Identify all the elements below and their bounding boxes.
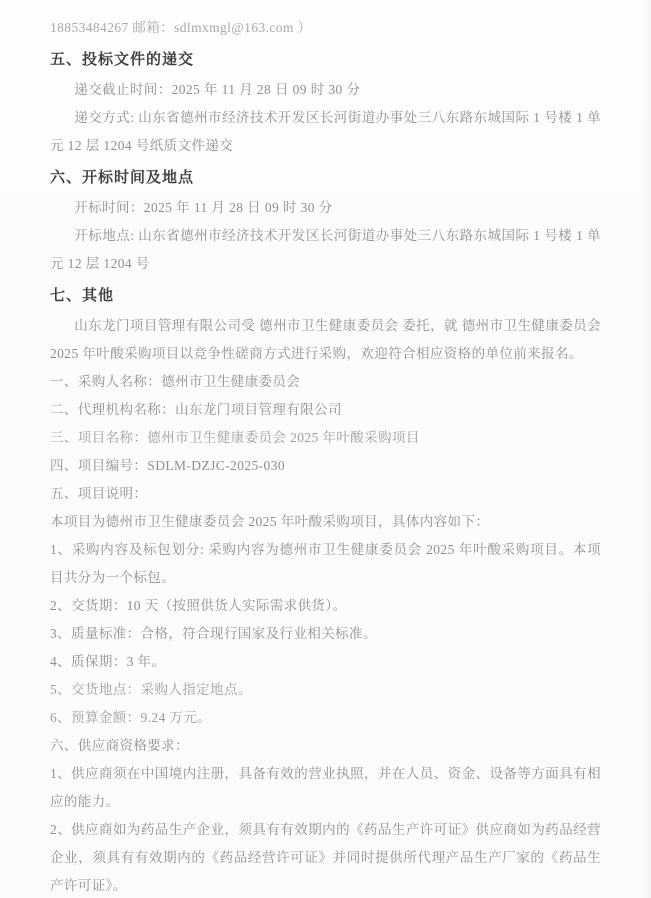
scanned-tender-document-page: 18853484267 邮箱：sdlmxmgl@163.com ） 五、投标文件… — [0, 0, 651, 898]
announcement-intro-paragraph: 山东龙门项目管理有限公司受 德州市卫生健康委员会 委托，就 德州市卫生健康委员会… — [50, 312, 601, 368]
desc-item-procurement-content: 1、采购内容及标包划分: 采购内容为德州市卫生健康委员会 2025 年叶酸采购项… — [50, 536, 601, 592]
supplier-qualification-heading-line: 六、供应商资格要求： — [50, 732, 601, 760]
bid-opening-place-paragraph: 开标地点: 山东省德州市经济技术开发区长河街道办事处三八东路东城国际 1 号楼 … — [50, 222, 601, 278]
desc-item-budget-amount: 6、预算金额：9.24 万元。 — [50, 704, 601, 732]
project-description-label-line: 五、项目说明： — [50, 480, 601, 508]
qualification-item-licenses: 2、供应商如为药品生产企业，须具有有效期内的《药品生产许可证》供应商如为药品经营… — [50, 816, 601, 898]
section-6-heading: 六、开标时间及地点 — [50, 164, 601, 192]
project-number-line: 四、项目编号：SDLM-DZJC-2025-030 — [50, 452, 601, 480]
bid-opening-time-line: 开标时间：2025 年 11 月 28 日 09 时 30 分 — [50, 194, 601, 222]
desc-item-quality-standard: 3、质量标准：合格，符合现行国家及行业相关标准。 — [50, 620, 601, 648]
project-name-line: 三、项目名称：德州市卫生健康委员会 2025 年叶酸采购项目 — [50, 424, 601, 452]
submission-method-paragraph: 递交方式: 山东省德州市经济技术开发区长河街道办事处三八东路东城国际 1 号楼 … — [50, 104, 601, 160]
agency-name-line: 二、代理机构名称：山东龙门项目管理有限公司 — [50, 396, 601, 424]
purchaser-name-line: 一、采购人名称：德州市卫生健康委员会 — [50, 368, 601, 396]
submission-deadline-line: 递交截止时间：2025 年 11 月 28 日 09 时 30 分 — [50, 76, 601, 104]
section-7-heading: 七、其他 — [50, 282, 601, 310]
desc-item-delivery-period: 2、交货期：10 天（按照供货人实际需求供货）。 — [50, 592, 601, 620]
project-description-intro-line: 本项目为德州市卫生健康委员会 2025 年叶酸采购项目，具体内容如下： — [50, 508, 601, 536]
desc-item-delivery-place: 5、交货地点：采购人指定地点。 — [50, 676, 601, 704]
contact-phone-email-line: 18853484267 邮箱：sdlmxmgl@163.com ） — [50, 14, 601, 42]
section-5-heading: 五、投标文件的递交 — [50, 46, 601, 74]
desc-item-warranty-period: 4、质保期：3 年。 — [50, 648, 601, 676]
qualification-item-registration: 1、供应商须在中国境内注册，具备有效的营业执照，并在人员、资金、设备等方面具有相… — [50, 760, 601, 816]
